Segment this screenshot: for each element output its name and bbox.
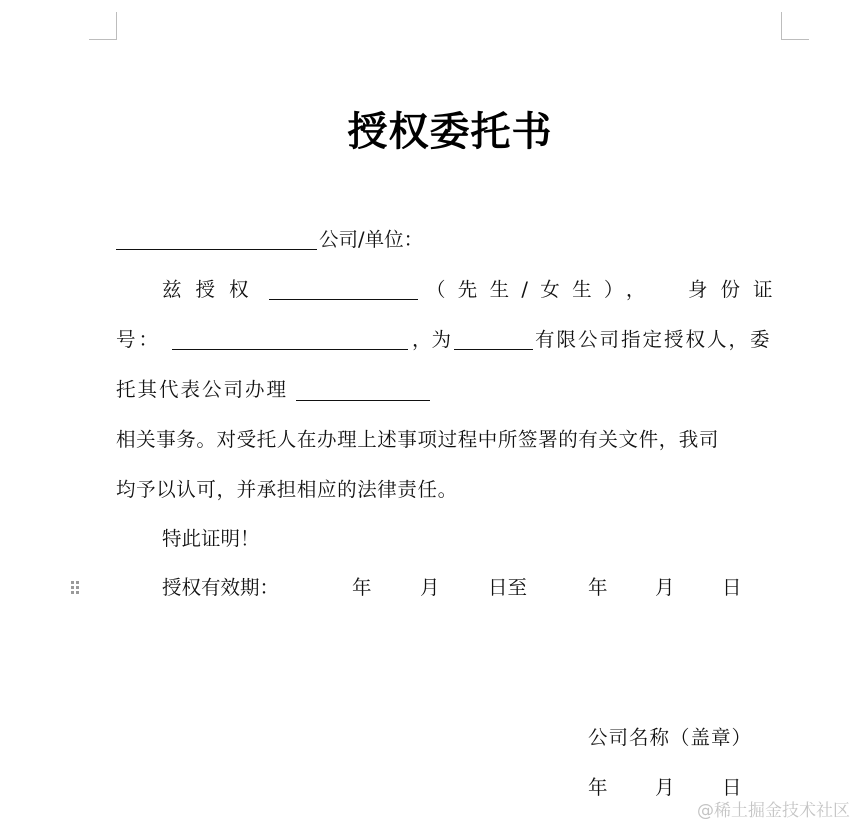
drag-handle-icon[interactable] bbox=[71, 581, 81, 595]
gender-text: （先生/女生）， bbox=[426, 278, 658, 302]
id-number-blank[interactable] bbox=[172, 349, 408, 350]
matters-blank[interactable] bbox=[296, 400, 430, 401]
signature-month: 月 bbox=[655, 776, 675, 800]
id-number-label: 号： bbox=[116, 328, 161, 352]
validity-end-month: 月 bbox=[655, 576, 675, 600]
signature-year: 年 bbox=[588, 776, 608, 800]
id-card-label: 身份证 bbox=[688, 278, 786, 302]
authorized-person-blank[interactable] bbox=[269, 299, 418, 300]
watermark: @稀土掘金技术社区 bbox=[697, 796, 850, 821]
comma-for-text: ，为 bbox=[412, 328, 451, 352]
certify-text: 特此证明！ bbox=[162, 527, 260, 551]
margin-corner-top-left bbox=[89, 12, 117, 40]
validity-start-day-to: 日至 bbox=[488, 576, 527, 600]
company-designation-blank[interactable] bbox=[454, 349, 533, 350]
designation-text: 有限公司指定授权人，委 bbox=[535, 328, 772, 352]
margin-corner-top-right bbox=[781, 12, 809, 40]
authorize-prefix: 兹授权 bbox=[162, 278, 263, 302]
responsibility-text-1: 相关事务。对受托人在办理上述事项过程中所签署的有关文件，我司 bbox=[116, 428, 719, 452]
validity-start-year: 年 bbox=[352, 576, 372, 600]
company-seal-label: 公司名称（盖章） bbox=[588, 726, 752, 750]
validity-end-day: 日 bbox=[722, 576, 742, 600]
validity-end-year: 年 bbox=[588, 576, 608, 600]
validity-start-month: 月 bbox=[420, 576, 440, 600]
validity-label: 授权有效期： bbox=[162, 576, 279, 600]
document-title: 授权委托书 bbox=[0, 100, 866, 157]
company-unit-label: 公司/单位： bbox=[319, 228, 423, 252]
company-name-blank[interactable] bbox=[116, 249, 317, 250]
handle-matters-text: 托其代表公司办理 bbox=[116, 378, 288, 402]
responsibility-text-2: 均予以认可，并承担相应的法律责任。 bbox=[116, 478, 458, 502]
